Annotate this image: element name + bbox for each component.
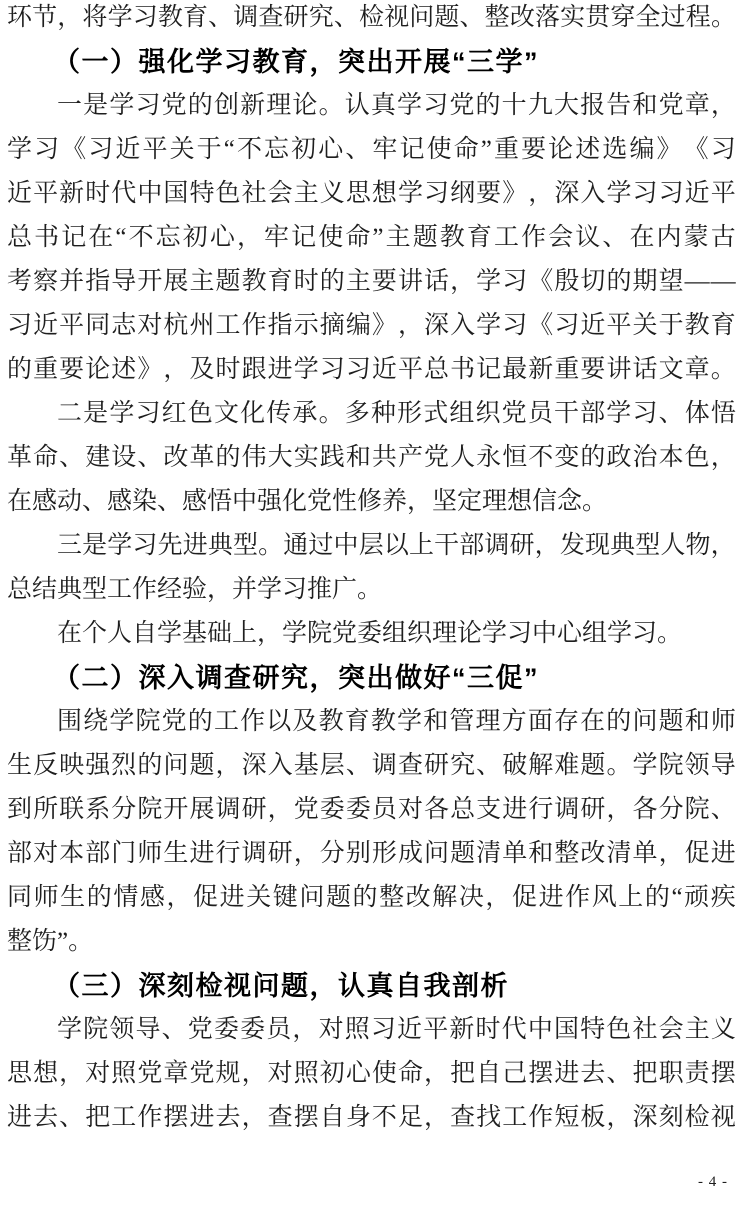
text-line: 同师生的情感，促进关键问题的整改解决，促进作风上的“顽疾 <box>7 876 736 920</box>
text-line: 部对本部门师生进行调研，分别形成问题清单和整改清单，促进 <box>7 832 736 876</box>
text-line: 考察并指导开展主题教育时的主要讲话，学习《殷切的期望—— <box>7 260 736 304</box>
text-line: 总结典型工作经验，并学习推广。 <box>7 568 736 612</box>
text-line: 环节，将学习教育、调查研究、检视问题、整改落实贯穿全过程。 <box>7 0 736 40</box>
text-line: 在个人自学基础上，学院党委组织理论学习中心组学习。 <box>7 612 736 656</box>
text-line: 到所联系分院开展调研，党委委员对各总支进行调研，各分院、 <box>7 788 736 832</box>
text-line: 围绕学院党的工作以及教育教学和管理方面存在的问题和师 <box>7 700 736 744</box>
text-line: 革命、建设、改革的伟大实践和共产党人永恒不变的政治本色， <box>7 436 736 480</box>
text-line: 近平新时代中国特色社会主义思想学习纲要》，深入学习习近平 <box>7 172 736 216</box>
text-line: 总书记在“不忘初心，牢记使命”主题教育工作会议、在内蒙古 <box>7 216 736 260</box>
text-line: 学院领导、党委委员，对照习近平新时代中国特色社会主义 <box>7 1008 736 1052</box>
text-line: 整饬”。 <box>7 920 736 964</box>
document-page: 环节，将学习教育、调查研究、检视问题、整改落实贯穿全过程。（一）强化学习教育，突… <box>0 0 743 1207</box>
text-line: 二是学习红色文化传承。多种形式组织党员干部学习、体悟 <box>7 392 736 436</box>
page-number: - 4 - <box>698 1174 728 1191</box>
section-heading: （一）强化学习教育，突出开展“三学” <box>7 40 736 84</box>
text-line: 生反映强烈的问题，深入基层、调查研究、破解难题。学院领导 <box>7 744 736 788</box>
text-line: 一是学习党的创新理论。认真学习党的十九大报告和党章， <box>7 84 736 128</box>
text-line: 思想，对照党章党规，对照初心使命，把自己摆进去、把职责摆 <box>7 1052 736 1096</box>
section-heading: （三）深刻检视问题，认真自我剖析 <box>7 964 736 1008</box>
text-line: 在感动、感染、感悟中强化党性修养，坚定理想信念。 <box>7 480 736 524</box>
text-line: 进去、把工作摆进去，查摆自身不足，查找工作短板，深刻检视 <box>7 1096 736 1140</box>
document-body: 环节，将学习教育、调查研究、检视问题、整改落实贯穿全过程。（一）强化学习教育，突… <box>7 0 736 1140</box>
text-line: 学习《习近平关于“不忘初心、牢记使命”重要论述选编》《习 <box>7 128 736 172</box>
text-line: 三是学习先进典型。通过中层以上干部调研，发现典型人物， <box>7 524 736 568</box>
section-heading: （二）深入调查研究，突出做好“三促” <box>7 656 736 700</box>
text-line: 习近平同志对杭州工作指示摘编》，深入学习《习近平关于教育 <box>7 304 736 348</box>
text-line: 的重要论述》，及时跟进学习习近平总书记最新重要讲话文章。 <box>7 348 736 392</box>
